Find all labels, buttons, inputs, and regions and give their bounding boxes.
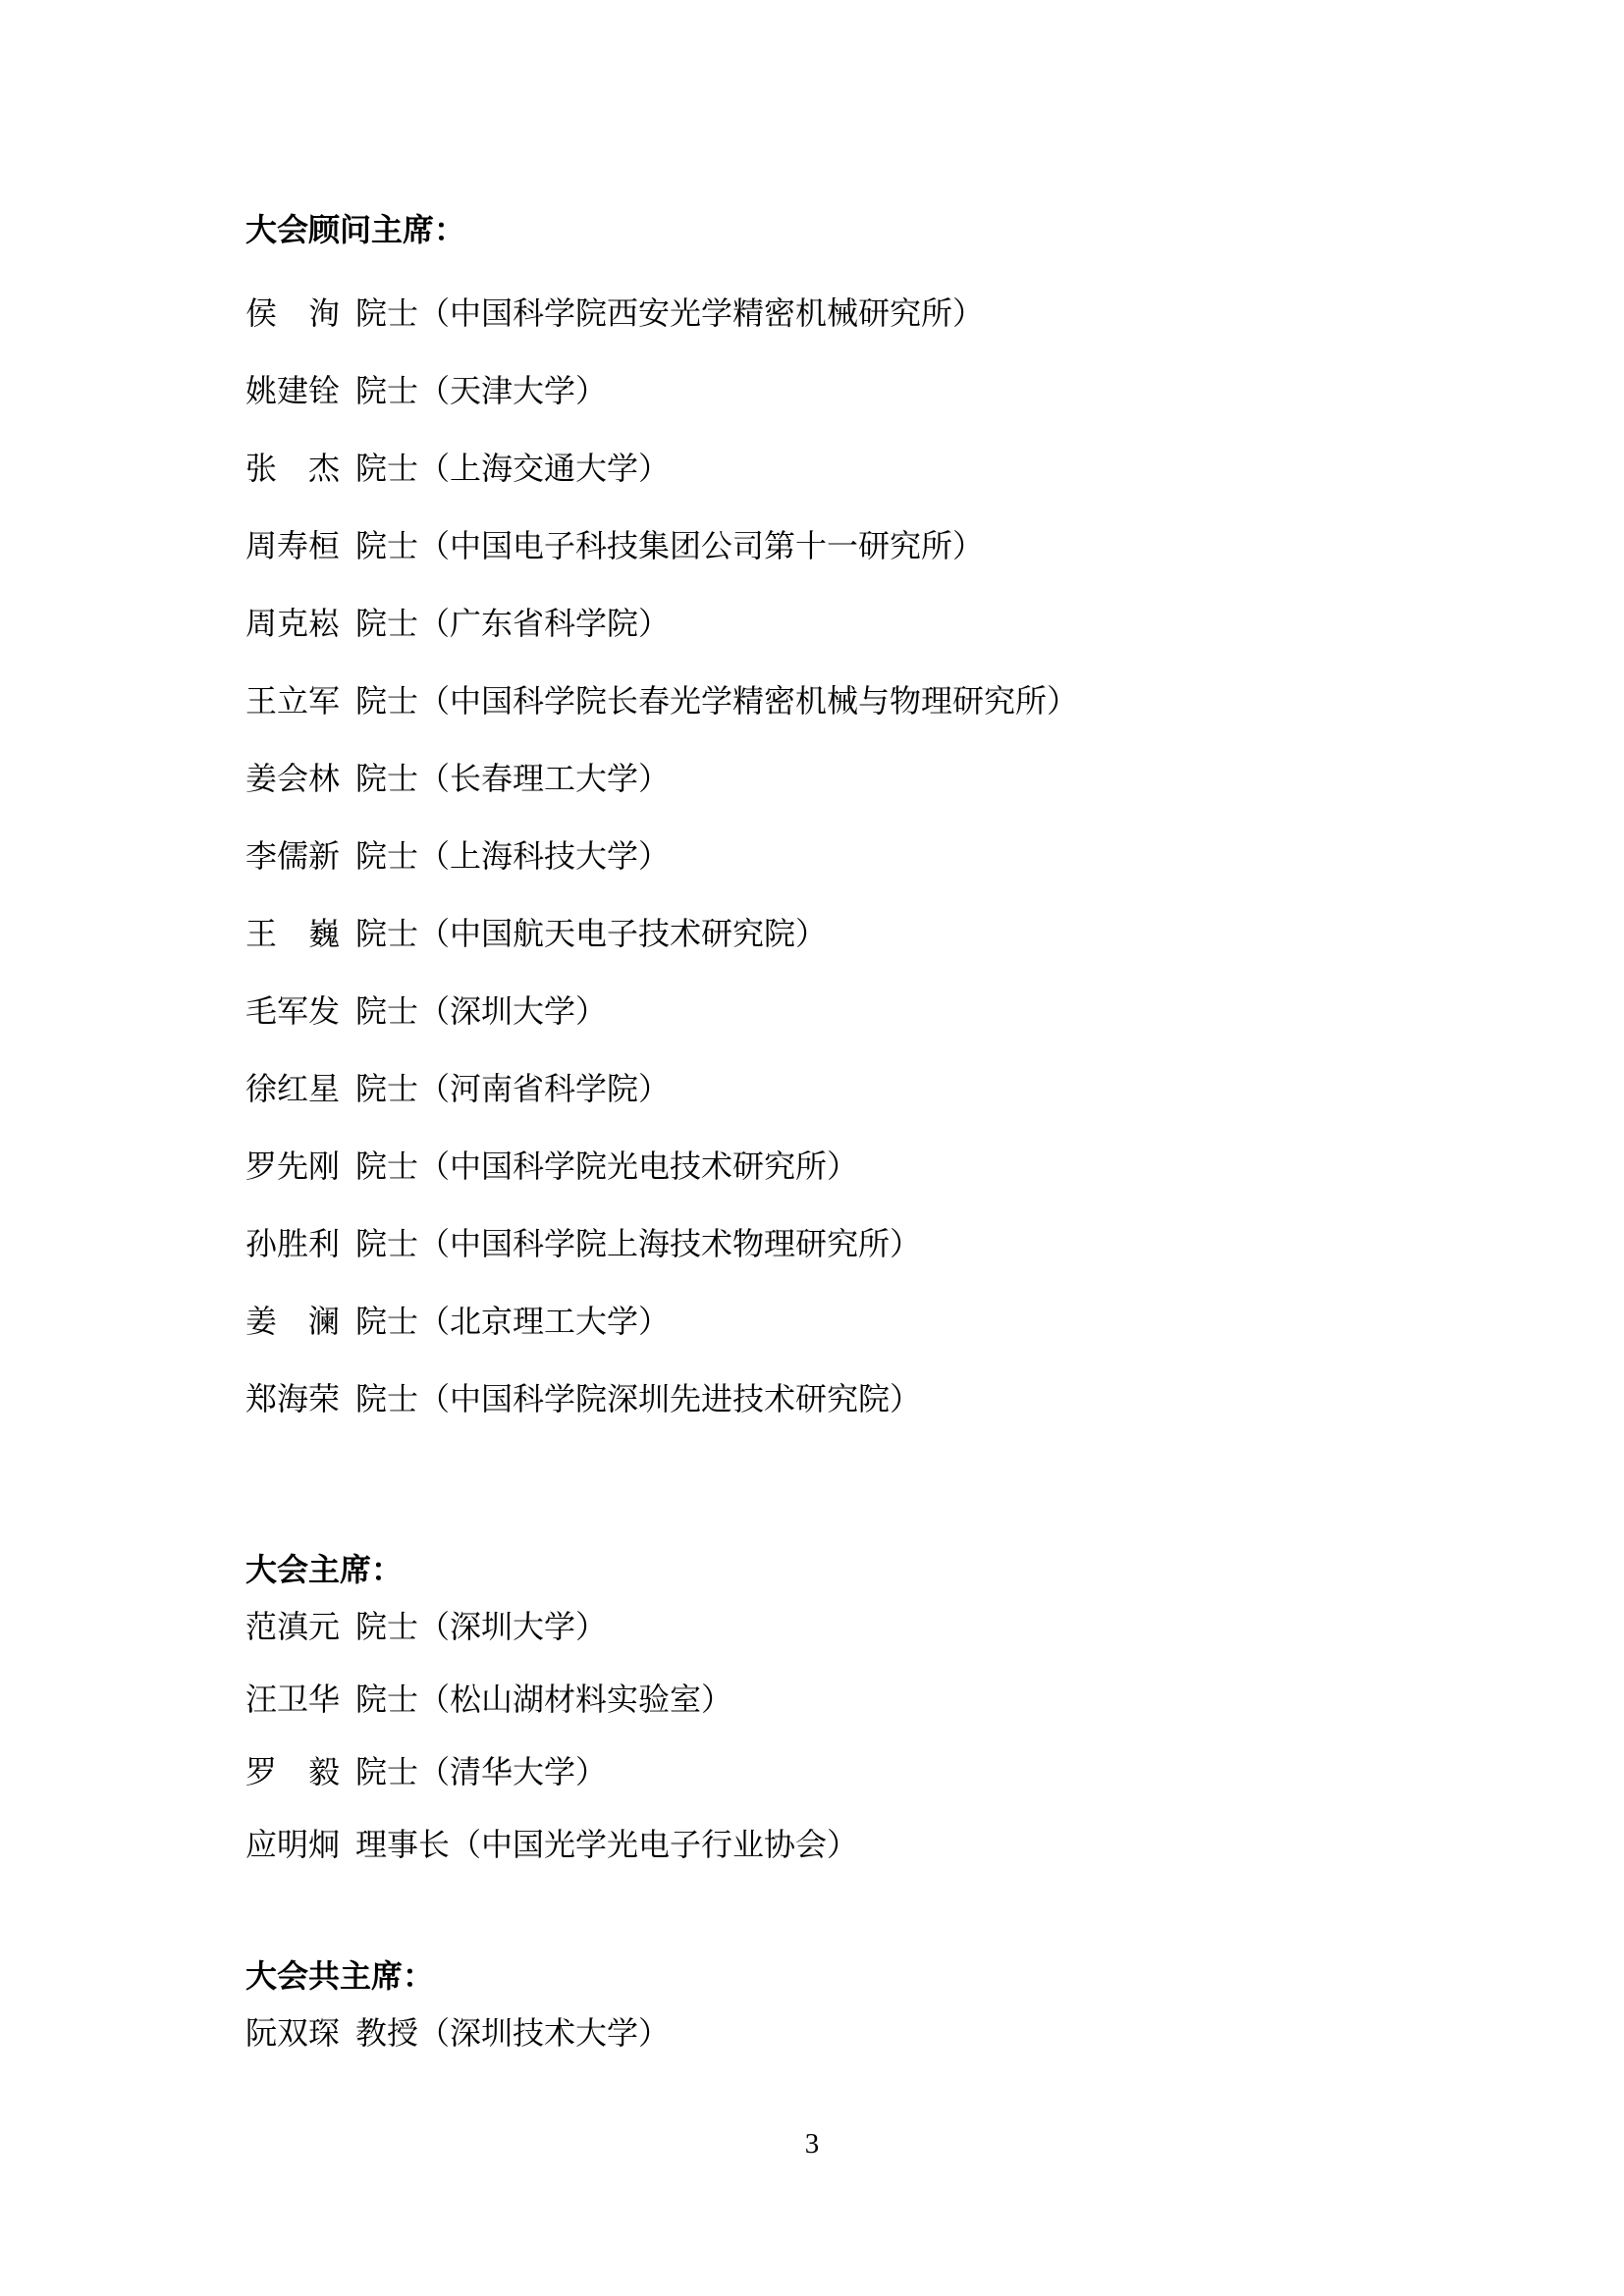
member-name: 罗先刚 [245,1148,340,1184]
committee-member-row: 王 巍院士（中国航天电子技术研究院） [245,918,1522,949]
committee-member-row: 李儒新院士（上海科技大学） [245,840,1522,872]
member-affiliation: （中国科学院深圳先进技术研究院） [418,1381,921,1416]
committee-member-row: 孙胜利院士（中国科学院上海技术物理研究所） [245,1228,1522,1259]
member-affiliation: （中国电子科技集团公司第十一研究所） [418,528,984,563]
member-name: 王立军 [245,683,340,719]
member-affiliation: （长春理工大学） [418,761,670,796]
member-name: 阮双琛 [245,2015,340,2051]
committee-member-row: 阮双琛教授（深圳技术大学） [245,2017,1522,2049]
member-title: 院士 [355,528,418,563]
member-title: 院士 [355,451,418,486]
committee-member-row: 郑海荣院士（中国科学院深圳先进技术研究院） [245,1383,1522,1415]
member-title: 院士 [355,606,418,641]
member-name: 应明炯 [245,1827,340,1862]
member-title: 院士 [355,838,418,874]
member-name: 汪卫华 [245,1682,340,1717]
member-affiliation: （中国航天电子技术研究院） [418,916,827,951]
committee-section: 大会顾问主席： 侯 洵院士（中国科学院西安光学精密机械研究所） 姚建铨院士（天津… [245,214,1522,1415]
member-affiliation: （深圳技术大学） [418,2015,670,2051]
committee-member-row: 姜会林院士（长春理工大学） [245,763,1522,794]
section-heading: 大会主席： [245,1554,1522,1585]
committee-sections-container: 大会顾问主席： 侯 洵院士（中国科学院西安光学精密机械研究所） 姚建铨院士（天津… [245,214,1522,2049]
committee-member-row: 周克崧院士（广东省科学院） [245,608,1522,639]
member-name: 孙胜利 [245,1226,340,1261]
committee-member-row: 应明炯理事长（中国光学光电子行业协会） [245,1829,1522,1860]
member-title: 理事长 [355,1827,450,1862]
committee-section: 大会共主席： 阮双琛教授（深圳技术大学） [245,1960,1522,2049]
member-title: 院士 [355,993,418,1029]
member-affiliation: （中国科学院上海技术物理研究所） [418,1226,921,1261]
member-name: 郑海荣 [245,1381,340,1416]
member-name: 姚建铨 [245,373,340,408]
member-title: 院士 [355,373,418,408]
committee-member-row: 毛军发院士（深圳大学） [245,995,1522,1027]
member-affiliation: （中国科学院长春光学精密机械与物理研究所） [418,683,1078,719]
member-name: 张 杰 [245,451,340,486]
section-heading: 大会顾问主席： [245,214,1522,245]
member-name: 姜 澜 [245,1304,340,1339]
member-title: 院士 [355,1609,418,1644]
member-title: 院士 [355,916,418,951]
committee-member-row: 罗先刚院士（中国科学院光电技术研究所） [245,1150,1522,1182]
member-name: 周克崧 [245,606,340,641]
page-number: 3 [0,2130,1624,2159]
member-name: 周寿桓 [245,528,340,563]
committee-member-row: 罗 毅院士（清华大学） [245,1756,1522,1788]
member-affiliation: （天津大学） [418,373,607,408]
member-name: 徐红星 [245,1071,340,1106]
member-name: 姜会林 [245,761,340,796]
document-page: 大会顾问主席： 侯 洵院士（中国科学院西安光学精密机械研究所） 姚建铨院士（天津… [0,0,1624,2296]
member-affiliation: （中国光学光电子行业协会） [450,1827,858,1862]
member-name: 毛军发 [245,993,340,1029]
member-title: 院士 [355,295,418,331]
member-name: 李儒新 [245,838,340,874]
committee-member-row: 王立军院士（中国科学院长春光学精密机械与物理研究所） [245,685,1522,717]
committee-member-row: 范滇元院士（深圳大学） [245,1611,1522,1642]
committee-member-row: 姜 澜院士（北京理工大学） [245,1306,1522,1337]
member-title: 院士 [355,1682,418,1717]
member-title: 院士 [355,1226,418,1261]
member-title: 院士 [355,761,418,796]
committee-member-row: 姚建铨院士（天津大学） [245,375,1522,406]
member-title: 院士 [355,683,418,719]
member-affiliation: （上海科技大学） [418,838,670,874]
member-affiliation: （松山湖材料实验室） [418,1682,732,1717]
committee-section: 大会主席： 范滇元院士（深圳大学） 汪卫华院士（松山湖材料实验室） 罗 毅院士（… [245,1554,1522,1860]
member-affiliation: （北京理工大学） [418,1304,670,1339]
committee-member-row: 周寿桓院士（中国电子科技集团公司第十一研究所） [245,530,1522,561]
section-heading: 大会共主席： [245,1960,1522,1992]
member-name: 侯 洵 [245,295,340,331]
committee-member-row: 侯 洵院士（中国科学院西安光学精密机械研究所） [245,297,1522,329]
member-affiliation: （深圳大学） [418,993,607,1029]
member-affiliation: （深圳大学） [418,1609,607,1644]
member-name: 罗 毅 [245,1754,340,1789]
member-affiliation: （广东省科学院） [418,606,670,641]
committee-member-row: 张 杰院士（上海交通大学） [245,453,1522,484]
member-title: 院士 [355,1071,418,1106]
committee-member-row: 汪卫华院士（松山湖材料实验室） [245,1683,1522,1715]
member-affiliation: （上海交通大学） [418,451,670,486]
member-name: 范滇元 [245,1609,340,1644]
member-title: 教授 [355,2015,418,2051]
member-name: 王 巍 [245,916,340,951]
member-title: 院士 [355,1148,418,1184]
member-affiliation: （中国科学院西安光学精密机械研究所） [418,295,984,331]
member-affiliation: （河南省科学院） [418,1071,670,1106]
member-title: 院士 [355,1304,418,1339]
member-affiliation: （中国科学院光电技术研究所） [418,1148,858,1184]
member-title: 院士 [355,1754,418,1789]
member-affiliation: （清华大学） [418,1754,607,1789]
member-title: 院士 [355,1381,418,1416]
committee-member-row: 徐红星院士（河南省科学院） [245,1073,1522,1104]
